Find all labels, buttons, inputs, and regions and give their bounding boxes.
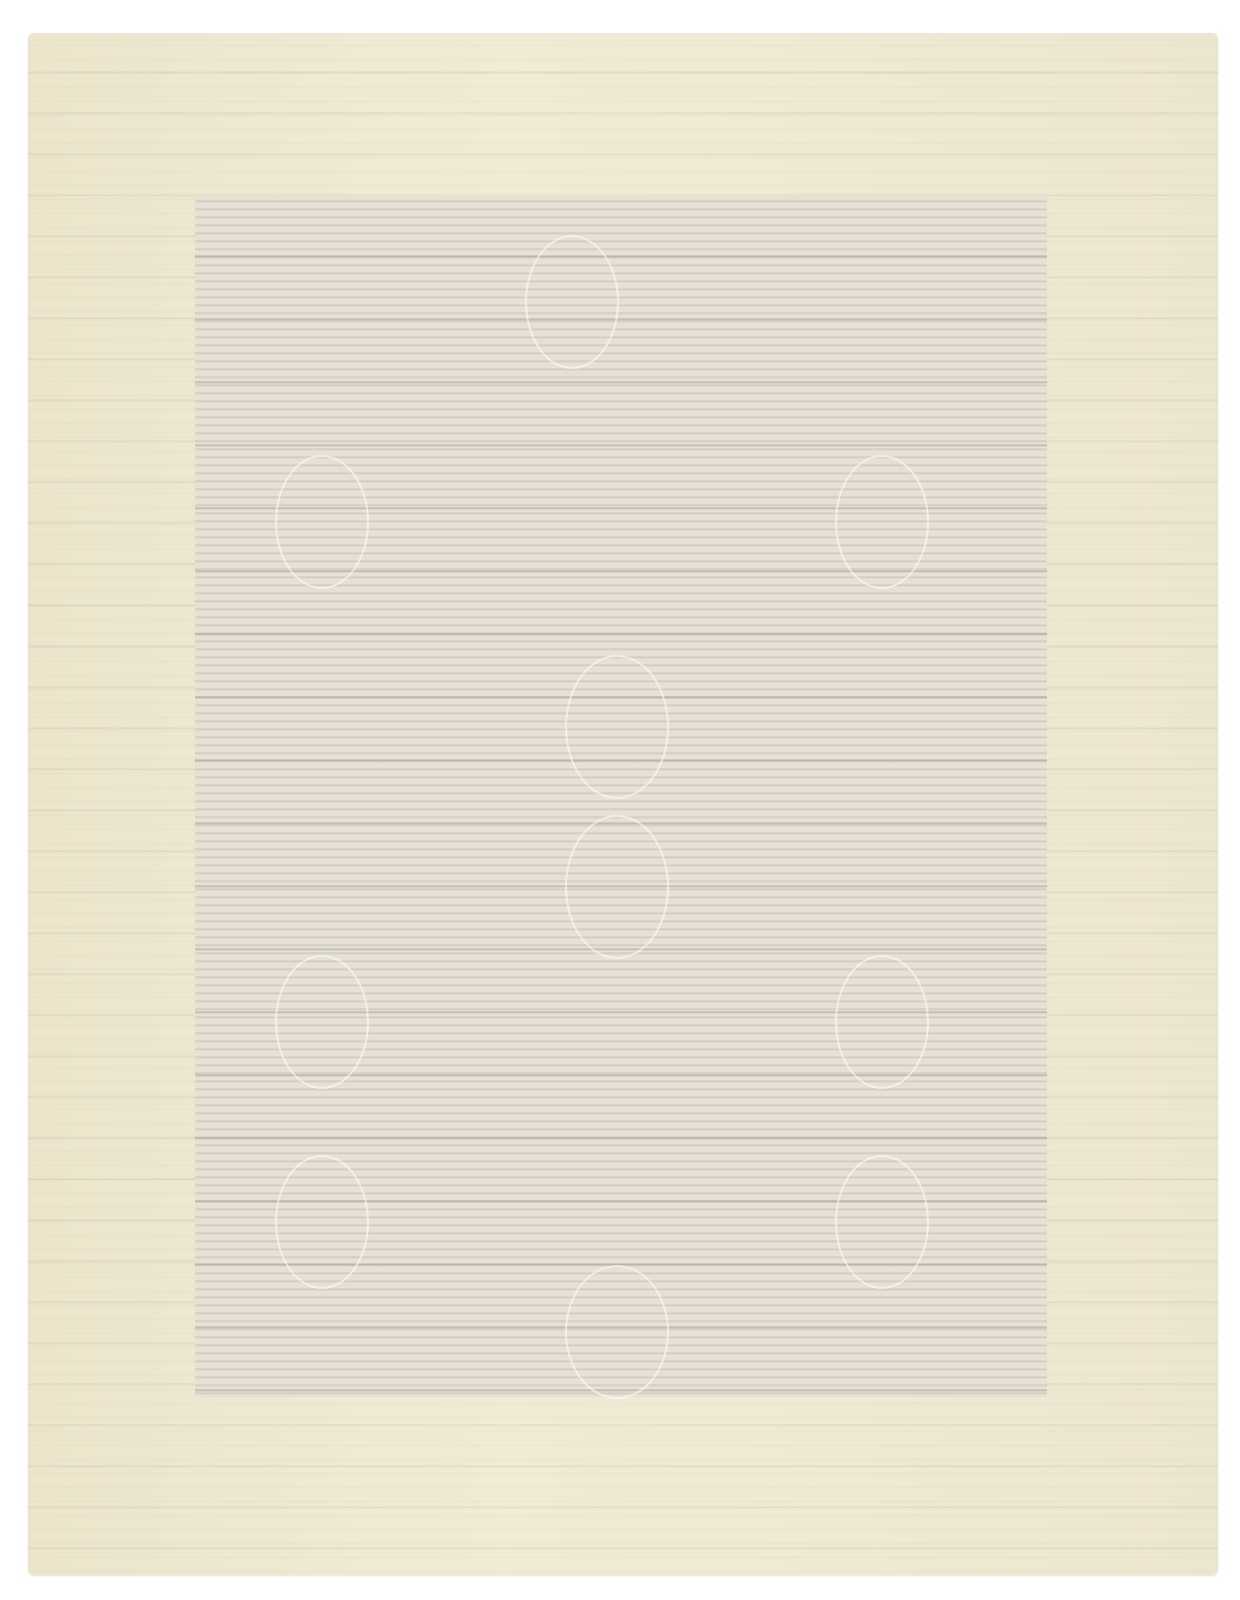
rug-center-field — [195, 195, 1047, 1397]
floral-motif — [525, 235, 619, 369]
rug — [28, 33, 1218, 1575]
floral-motif — [835, 1155, 929, 1289]
floral-motif — [565, 1265, 669, 1399]
floral-motif — [275, 455, 369, 589]
floral-motif — [835, 955, 929, 1089]
floral-motif — [565, 655, 669, 799]
floral-motif — [275, 1155, 369, 1289]
floral-motif — [835, 455, 929, 589]
floral-motif — [565, 815, 669, 959]
floral-motif — [275, 955, 369, 1089]
